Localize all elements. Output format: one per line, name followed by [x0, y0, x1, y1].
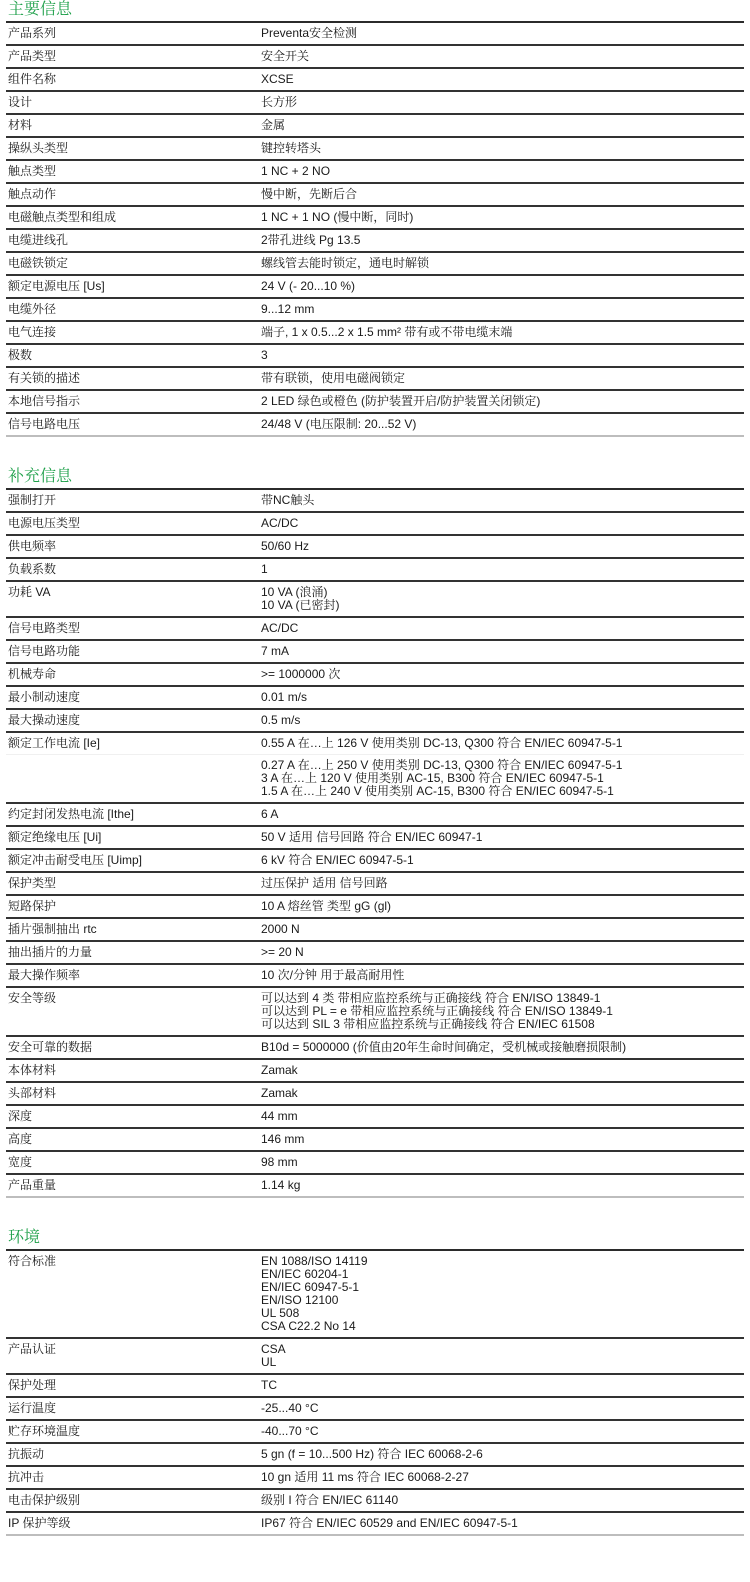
spec-value-line: Preventa安全检测	[261, 27, 742, 40]
spec-value-line: TC	[261, 1379, 742, 1392]
table-row: 产品重量1.14 kg	[6, 1174, 744, 1197]
spec-label: 功耗 VA	[6, 581, 259, 617]
table-row: 符合标准EN 1088/ISO 14119EN/IEC 60204-1EN/IE…	[6, 1251, 744, 1338]
spec-label: 电缆外径	[6, 298, 259, 321]
spec-value-line: XCSE	[261, 73, 742, 86]
spec-label: 产品系列	[6, 23, 259, 45]
spec-section: 环境符合标准EN 1088/ISO 14119EN/IEC 60204-1EN/…	[6, 1228, 744, 1536]
spec-value-line: AC/DC	[261, 622, 742, 635]
spec-label: 贮存环境温度	[6, 1420, 259, 1443]
spec-value: 24 V (- 20...10 %)	[259, 275, 744, 298]
spec-value-line: IP67 符合 EN/IEC 60529 and EN/IEC 60947-5-…	[261, 1517, 742, 1530]
section-title: 环境	[6, 1228, 744, 1251]
spec-label: 触点动作	[6, 183, 259, 206]
spec-label: 本体材料	[6, 1059, 259, 1082]
spec-value: -25...40 °C	[259, 1397, 744, 1420]
spec-value-line: 级别 I 符合 EN/IEC 61140	[261, 1494, 742, 1507]
spec-value-line: >= 20 N	[261, 946, 742, 959]
spec-value-line: 螺线管去能时锁定，通电时解锁	[261, 257, 742, 270]
table-row: 本地信号指示2 LED 绿色或橙色 (防护装置开启/防护装置关闭锁定)	[6, 390, 744, 413]
spec-value-line: 24 V (- 20...10 %)	[261, 280, 742, 293]
spec-value: 6 kV 符合 EN/IEC 60947-5-1	[259, 849, 744, 872]
spec-value-line: 10 A 熔丝管 类型 gG (gl)	[261, 900, 742, 913]
spec-label: 最小制动速度	[6, 686, 259, 709]
spec-value-line: 10 VA (已密封)	[261, 599, 742, 612]
spec-value-line: 50 V 适用 信号回路 符合 EN/IEC 60947-1	[261, 831, 742, 844]
spec-value-line: Zamak	[261, 1064, 742, 1077]
spec-value-line: 9...12 mm	[261, 303, 742, 316]
table-row: 保护类型过压保护 适用 信号回路	[6, 872, 744, 895]
spec-value-line: 7 mA	[261, 645, 742, 658]
table-row: 供电频率50/60 Hz	[6, 535, 744, 558]
spec-value: 6 A	[259, 803, 744, 826]
table-row: 安全等级可以达到 4 类 带相应监控系统与正确接线 符合 EN/ISO 1384…	[6, 987, 744, 1036]
spec-value-line: B10d = 5000000 (价值由20年生命时间确定，受机械或接触磨损限制)	[261, 1041, 742, 1054]
spec-table: 强制打开带NC触头电源电压类型AC/DC供电频率50/60 Hz负载系数1功耗 …	[6, 490, 744, 1198]
spec-label: 本地信号指示	[6, 390, 259, 413]
table-row: 深度44 mm	[6, 1105, 744, 1128]
spec-value-line: 可以达到 SIL 3 带相应监控系统与正确接线 符合 EN/IEC 61508	[261, 1018, 742, 1031]
section-title: 主要信息	[6, 0, 744, 23]
spec-label: 机械寿命	[6, 663, 259, 686]
spec-label: 约定封闭发热电流 [Ithe]	[6, 803, 259, 826]
table-row: 电磁触点类型和组成1 NC + 1 NO (慢中断，同时)	[6, 206, 744, 229]
table-row: 功耗 VA10 VA (浪涌)10 VA (已密封)	[6, 581, 744, 617]
spec-label: 额定冲击耐受电压 [Uimp]	[6, 849, 259, 872]
spec-value-line: 0.01 m/s	[261, 691, 742, 704]
spec-label: 抗冲击	[6, 1466, 259, 1489]
spec-value: IP67 符合 EN/IEC 60529 and EN/IEC 60947-5-…	[259, 1512, 744, 1535]
spec-value-line: 2000 N	[261, 923, 742, 936]
spec-value-line: AC/DC	[261, 517, 742, 530]
spec-value: 50/60 Hz	[259, 535, 744, 558]
spec-value: 9...12 mm	[259, 298, 744, 321]
spec-value-line: 0.5 m/s	[261, 714, 742, 727]
spec-value: 7 mA	[259, 640, 744, 663]
spec-value: 24/48 V (电压限制: 20...52 V)	[259, 413, 744, 436]
spec-label: 最大操作频率	[6, 964, 259, 987]
spec-label: 最大操动速度	[6, 709, 259, 732]
table-row: 负载系数1	[6, 558, 744, 581]
spec-value: >= 1000000 次	[259, 663, 744, 686]
spec-value-line: 带有联锁，使用电磁阀锁定	[261, 372, 742, 385]
spec-value-line: 3	[261, 349, 742, 362]
table-row: 额定冲击耐受电压 [Uimp]6 kV 符合 EN/IEC 60947-5-1	[6, 849, 744, 872]
table-row: 组件名称XCSE	[6, 68, 744, 91]
table-row: 短路保护10 A 熔丝管 类型 gG (gl)	[6, 895, 744, 918]
spec-value: 3	[259, 344, 744, 367]
spec-label: 产品重量	[6, 1174, 259, 1197]
spec-label: 电磁铁锁定	[6, 252, 259, 275]
spec-label: 抽出插片的力量	[6, 941, 259, 964]
table-row: 产品类型安全开关	[6, 45, 744, 68]
spec-label: 产品类型	[6, 45, 259, 68]
spec-label: 强制打开	[6, 490, 259, 512]
table-row: 电缆进线孔2带孔进线 Pg 13.5	[6, 229, 744, 252]
spec-value: 1.14 kg	[259, 1174, 744, 1197]
spec-value-line: Zamak	[261, 1087, 742, 1100]
spec-value-line: UL	[261, 1356, 742, 1369]
spec-value: Zamak	[259, 1059, 744, 1082]
spec-label: 设计	[6, 91, 259, 114]
spec-label: 深度	[6, 1105, 259, 1128]
table-row: 最小制动速度0.01 m/s	[6, 686, 744, 709]
spec-value-line: 安全开关	[261, 50, 742, 63]
spec-value-line: -40...70 °C	[261, 1425, 742, 1438]
spec-sheet: 主要信息产品系列Preventa安全检测产品类型安全开关组件名称XCSE设计长方…	[0, 0, 750, 1536]
spec-value-line: 1 NC + 2 NO	[261, 165, 742, 178]
spec-label: 操纵头类型	[6, 137, 259, 160]
spec-value: 金属	[259, 114, 744, 137]
spec-label: 宽度	[6, 1151, 259, 1174]
spec-value-line: 长方形	[261, 96, 742, 109]
spec-label: 信号电路类型	[6, 617, 259, 640]
spec-label: 保护处理	[6, 1374, 259, 1397]
table-row: 抗振动5 gn (f = 10...500 Hz) 符合 IEC 60068-2…	[6, 1443, 744, 1466]
spec-value-line: 慢中断，先断后合	[261, 188, 742, 201]
spec-value-line: 2 LED 绿色或橙色 (防护装置开启/防护装置关闭锁定)	[261, 395, 742, 408]
table-row: 产品系列Preventa安全检测	[6, 23, 744, 45]
spec-label: 符合标准	[6, 1251, 259, 1338]
spec-value-line: 1 NC + 1 NO (慢中断，同时)	[261, 211, 742, 224]
spec-value: 5 gn (f = 10...500 Hz) 符合 IEC 60068-2-6	[259, 1443, 744, 1466]
spec-value: 端子, 1 x 0.5...2 x 1.5 mm² 带有或不带电缆末端	[259, 321, 744, 344]
spec-value-line: 金属	[261, 119, 742, 132]
spec-value: B10d = 5000000 (价值由20年生命时间确定，受机械或接触磨损限制)	[259, 1036, 744, 1059]
table-row: 电击保护级别级别 I 符合 EN/IEC 61140	[6, 1489, 744, 1512]
table-row: 安全可靠的数据B10d = 5000000 (价值由20年生命时间确定，受机械或…	[6, 1036, 744, 1059]
spec-value: 0.01 m/s	[259, 686, 744, 709]
spec-label: 额定工作电流 [Ie]	[6, 732, 259, 755]
table-row: 电源电压类型AC/DC	[6, 512, 744, 535]
spec-value: 50 V 适用 信号回路 符合 EN/IEC 60947-1	[259, 826, 744, 849]
table-row: 强制打开带NC触头	[6, 490, 744, 512]
spec-label: IP 保护等级	[6, 1512, 259, 1535]
spec-value: Zamak	[259, 1082, 744, 1105]
spec-value-line: 146 mm	[261, 1133, 742, 1146]
spec-value: 1 NC + 2 NO	[259, 160, 744, 183]
spec-value: 10 A 熔丝管 类型 gG (gl)	[259, 895, 744, 918]
spec-value: 级别 I 符合 EN/IEC 61140	[259, 1489, 744, 1512]
spec-value: 带NC触头	[259, 490, 744, 512]
spec-value-line: 6 A	[261, 808, 742, 821]
spec-label: 运行温度	[6, 1397, 259, 1420]
spec-label: 有关锁的描述	[6, 367, 259, 390]
spec-value: 44 mm	[259, 1105, 744, 1128]
spec-label: 信号电路功能	[6, 640, 259, 663]
table-row: 触点类型1 NC + 2 NO	[6, 160, 744, 183]
table-row: 信号电路类型AC/DC	[6, 617, 744, 640]
spec-label: 电击保护级别	[6, 1489, 259, 1512]
spec-value-line: 50/60 Hz	[261, 540, 742, 553]
table-row: 产品认证CSAUL	[6, 1338, 744, 1374]
spec-label: 头部材料	[6, 1082, 259, 1105]
spec-value: 146 mm	[259, 1128, 744, 1151]
spec-value: CSAUL	[259, 1338, 744, 1374]
spec-label	[6, 755, 259, 804]
spec-value: 10 gn 适用 11 ms 符合 IEC 60068-2-27	[259, 1466, 744, 1489]
table-row: 约定封闭发热电流 [Ithe]6 A	[6, 803, 744, 826]
table-row: 有关锁的描述带有联锁，使用电磁阀锁定	[6, 367, 744, 390]
spec-label: 信号电路电压	[6, 413, 259, 436]
spec-value: TC	[259, 1374, 744, 1397]
spec-value-line: 44 mm	[261, 1110, 742, 1123]
spec-value: 螺线管去能时锁定，通电时解锁	[259, 252, 744, 275]
spec-value-line: 98 mm	[261, 1156, 742, 1169]
spec-value-line: 1.14 kg	[261, 1179, 742, 1192]
table-row: 运行温度-25...40 °C	[6, 1397, 744, 1420]
spec-label: 保护类型	[6, 872, 259, 895]
spec-value-line: 5 gn (f = 10...500 Hz) 符合 IEC 60068-2-6	[261, 1448, 742, 1461]
spec-label: 电气连接	[6, 321, 259, 344]
table-row: 最大操作频率10 次/分钟 用于最高耐用性	[6, 964, 744, 987]
spec-value-line: 带NC触头	[261, 494, 742, 507]
spec-label: 组件名称	[6, 68, 259, 91]
spec-value: 可以达到 4 类 带相应监控系统与正确接线 符合 EN/ISO 13849-1可…	[259, 987, 744, 1036]
spec-table: 符合标准EN 1088/ISO 14119EN/IEC 60204-1EN/IE…	[6, 1251, 744, 1536]
table-row: 宽度98 mm	[6, 1151, 744, 1174]
spec-label: 负载系数	[6, 558, 259, 581]
spec-label: 额定绝缘电压 [Ui]	[6, 826, 259, 849]
spec-value-line: CSA	[261, 1343, 742, 1356]
spec-label: 产品认证	[6, 1338, 259, 1374]
spec-label: 额定电源电压 [Us]	[6, 275, 259, 298]
spec-value: 安全开关	[259, 45, 744, 68]
spec-value-line: 端子, 1 x 0.5...2 x 1.5 mm² 带有或不带电缆末端	[261, 326, 742, 339]
spec-label: 抗振动	[6, 1443, 259, 1466]
table-row: 额定工作电流 [Ie]0.55 A 在…上 126 V 使用类别 DC-13, …	[6, 732, 744, 755]
spec-section: 补充信息强制打开带NC触头电源电压类型AC/DC供电频率50/60 Hz负载系数…	[6, 467, 744, 1198]
spec-value-line: 过压保护 适用 信号回路	[261, 877, 742, 890]
table-row: 操纵头类型键控转塔头	[6, 137, 744, 160]
table-row: 极数3	[6, 344, 744, 367]
table-row: 信号电路功能7 mA	[6, 640, 744, 663]
spec-value-line: EN/ISO 12100	[261, 1294, 742, 1307]
spec-label: 高度	[6, 1128, 259, 1151]
spec-value: EN 1088/ISO 14119EN/IEC 60204-1EN/IEC 60…	[259, 1251, 744, 1338]
spec-value: 长方形	[259, 91, 744, 114]
spec-value: >= 20 N	[259, 941, 744, 964]
spec-label: 电缆进线孔	[6, 229, 259, 252]
spec-value-line: CSA C22.2 No 14	[261, 1320, 742, 1333]
spec-label: 安全可靠的数据	[6, 1036, 259, 1059]
table-row: 抽出插片的力量>= 20 N	[6, 941, 744, 964]
spec-label: 材料	[6, 114, 259, 137]
spec-value: -40...70 °C	[259, 1420, 744, 1443]
spec-label: 供电频率	[6, 535, 259, 558]
spec-table: 产品系列Preventa安全检测产品类型安全开关组件名称XCSE设计长方形材料金…	[6, 23, 744, 437]
spec-label: 安全等级	[6, 987, 259, 1036]
spec-label: 电源电压类型	[6, 512, 259, 535]
spec-value-line: 6 kV 符合 EN/IEC 60947-5-1	[261, 854, 742, 867]
spec-value: 2带孔进线 Pg 13.5	[259, 229, 744, 252]
spec-value-line: 1	[261, 563, 742, 576]
spec-value-line: 2带孔进线 Pg 13.5	[261, 234, 742, 247]
spec-value: AC/DC	[259, 617, 744, 640]
spec-label: 极数	[6, 344, 259, 367]
spec-label: 电磁触点类型和组成	[6, 206, 259, 229]
spec-value: 2 LED 绿色或橙色 (防护装置开启/防护装置关闭锁定)	[259, 390, 744, 413]
spec-value: 1 NC + 1 NO (慢中断，同时)	[259, 206, 744, 229]
spec-value: AC/DC	[259, 512, 744, 535]
table-row: 信号电路电压24/48 V (电压限制: 20...52 V)	[6, 413, 744, 436]
spec-value: 1	[259, 558, 744, 581]
spec-value-line: 0.55 A 在…上 126 V 使用类别 DC-13, Q300 符合 EN/…	[261, 737, 742, 750]
table-row: 头部材料Zamak	[6, 1082, 744, 1105]
table-row: 机械寿命>= 1000000 次	[6, 663, 744, 686]
table-row: 保护处理TC	[6, 1374, 744, 1397]
spec-label: 插片强制抽出 rtc	[6, 918, 259, 941]
table-row: 0.27 A 在…上 250 V 使用类别 DC-13, Q300 符合 EN/…	[6, 755, 744, 804]
table-row: 本体材料Zamak	[6, 1059, 744, 1082]
spec-section: 主要信息产品系列Preventa安全检测产品类型安全开关组件名称XCSE设计长方…	[6, 0, 744, 437]
spec-value: Preventa安全检测	[259, 23, 744, 45]
table-row: 高度146 mm	[6, 1128, 744, 1151]
section-title: 补充信息	[6, 467, 744, 490]
spec-label: 触点类型	[6, 160, 259, 183]
table-row: 电缆外径9...12 mm	[6, 298, 744, 321]
spec-label: 短路保护	[6, 895, 259, 918]
spec-value: 10 VA (浪涌)10 VA (已密封)	[259, 581, 744, 617]
spec-value: 慢中断，先断后合	[259, 183, 744, 206]
spec-value-line: 24/48 V (电压限制: 20...52 V)	[261, 418, 742, 431]
table-row: 材料金属	[6, 114, 744, 137]
spec-value: XCSE	[259, 68, 744, 91]
table-row: 额定绝缘电压 [Ui]50 V 适用 信号回路 符合 EN/IEC 60947-…	[6, 826, 744, 849]
spec-value: 0.27 A 在…上 250 V 使用类别 DC-13, Q300 符合 EN/…	[259, 755, 744, 804]
table-row: 电气连接端子, 1 x 0.5...2 x 1.5 mm² 带有或不带电缆末端	[6, 321, 744, 344]
spec-value-line: 键控转塔头	[261, 142, 742, 155]
spec-value: 10 次/分钟 用于最高耐用性	[259, 964, 744, 987]
spec-value-line: 10 gn 适用 11 ms 符合 IEC 60068-2-27	[261, 1471, 742, 1484]
spec-value: 0.55 A 在…上 126 V 使用类别 DC-13, Q300 符合 EN/…	[259, 732, 744, 755]
table-row: 设计长方形	[6, 91, 744, 114]
spec-value: 98 mm	[259, 1151, 744, 1174]
spec-value: 2000 N	[259, 918, 744, 941]
spec-value-line: -25...40 °C	[261, 1402, 742, 1415]
spec-value: 过压保护 适用 信号回路	[259, 872, 744, 895]
table-row: 贮存环境温度-40...70 °C	[6, 1420, 744, 1443]
spec-value: 0.5 m/s	[259, 709, 744, 732]
spec-value-line: 10 次/分钟 用于最高耐用性	[261, 969, 742, 982]
table-row: 最大操动速度0.5 m/s	[6, 709, 744, 732]
table-row: 触点动作慢中断，先断后合	[6, 183, 744, 206]
table-row: 插片强制抽出 rtc2000 N	[6, 918, 744, 941]
table-row: 额定电源电压 [Us]24 V (- 20...10 %)	[6, 275, 744, 298]
spec-value-line: 1.5 A 在…上 240 V 使用类别 AC-15, B300 符合 EN/I…	[261, 785, 742, 798]
spec-value: 键控转塔头	[259, 137, 744, 160]
table-row: 电磁铁锁定螺线管去能时锁定，通电时解锁	[6, 252, 744, 275]
table-row: 抗冲击10 gn 适用 11 ms 符合 IEC 60068-2-27	[6, 1466, 744, 1489]
table-row: IP 保护等级IP67 符合 EN/IEC 60529 and EN/IEC 6…	[6, 1512, 744, 1535]
spec-value-line: >= 1000000 次	[261, 668, 742, 681]
spec-value: 带有联锁，使用电磁阀锁定	[259, 367, 744, 390]
